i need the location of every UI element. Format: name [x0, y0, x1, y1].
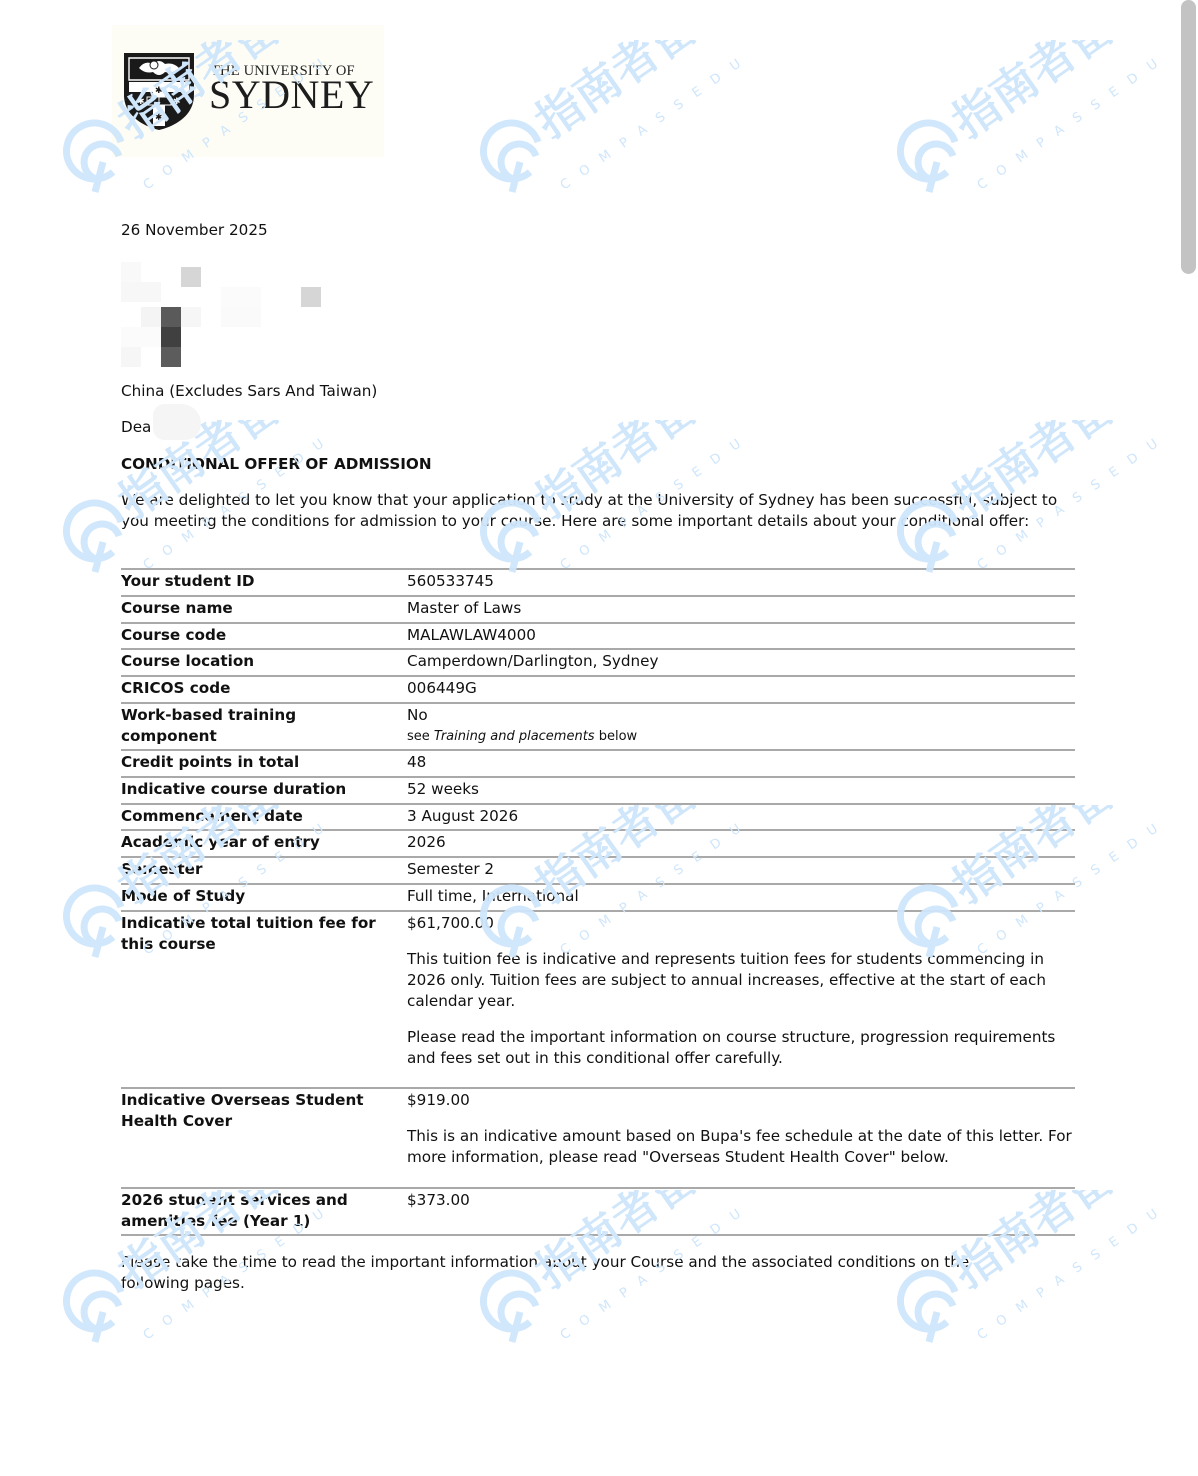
table-divider — [121, 595, 1075, 597]
row-label: CRICOS code — [121, 678, 396, 699]
table-divider — [121, 1087, 1075, 1089]
svg-text:COMPASSEDU: COMPASSEDU — [975, 49, 1173, 194]
university-crest-icon: ✱ ✱ ✱ ✱ — [121, 50, 197, 132]
row-label: Indicative total tuition fee for this co… — [121, 913, 396, 955]
salutation: Dea — [121, 417, 151, 437]
row-value: No — [407, 705, 1087, 726]
row-label: Mode of Study — [121, 886, 396, 907]
row-label: Credit points in total — [121, 752, 396, 773]
row-note: Please read the important information on… — [407, 1027, 1087, 1069]
row-label: Indicative Overseas Student Health Cover — [121, 1090, 396, 1132]
row-label: Course name — [121, 598, 396, 619]
table-divider — [121, 749, 1075, 751]
svg-text:✱: ✱ — [137, 97, 145, 107]
row-value: $919.00 — [407, 1090, 1087, 1111]
offer-title: CONDITIONAL OFFER OF ADMISSION — [121, 454, 432, 474]
address-country: China (Excludes Sars And Taiwan) — [121, 381, 377, 401]
row-value: Camperdown/Darlington, Sydney — [407, 651, 1087, 672]
table-divider — [121, 776, 1075, 778]
compass-logo-icon: 指南者留学COMPASSEDU — [889, 40, 1189, 240]
intro-paragraph: We are delighted to let you know that yo… — [121, 490, 1081, 532]
row-subnote: see Training and placements below — [407, 726, 1087, 747]
row-value: 560533745 — [407, 571, 1087, 592]
letter-date: 26 November 2025 — [121, 220, 268, 240]
svg-text:COMPASSEDU: COMPASSEDU — [558, 49, 756, 194]
row-label: Course location — [121, 651, 396, 672]
table-divider — [121, 702, 1075, 704]
table-divider — [121, 648, 1075, 650]
svg-text:指南者留学: 指南者留学 — [525, 40, 744, 149]
svg-text:✱: ✱ — [155, 113, 163, 123]
table-divider — [121, 829, 1075, 831]
compass-logo-icon: 指南者留学COMPASSEDU — [472, 40, 772, 240]
table-divider — [121, 803, 1075, 805]
row-value: $373.00 — [407, 1190, 1087, 1211]
table-divider — [121, 910, 1075, 912]
compassedu-watermark: 指南者留学COMPASSEDU — [472, 40, 772, 240]
svg-text:指南者留学: 指南者留学 — [942, 40, 1161, 149]
row-label: Course code — [121, 625, 396, 646]
compassedu-watermark: 指南者留学COMPASSEDU — [889, 40, 1189, 240]
row-label: Your student ID — [121, 571, 396, 592]
table-divider — [121, 883, 1075, 885]
logo-line2: SYDNEY — [209, 73, 374, 117]
redacted-address — [121, 262, 331, 372]
table-divider — [121, 622, 1075, 624]
row-value: Master of Laws — [407, 598, 1087, 619]
row-label: Semester — [121, 859, 396, 880]
row-value: Semester 2 — [407, 859, 1087, 880]
row-label: Work-based training component — [121, 705, 396, 747]
table-divider — [121, 856, 1075, 858]
row-value: 006449G — [407, 678, 1087, 699]
table-divider — [121, 675, 1075, 677]
row-value: 2026 — [407, 832, 1087, 853]
vertical-scrollbar[interactable] — [1181, 0, 1196, 274]
svg-text:✱: ✱ — [155, 86, 163, 96]
closing-paragraph: Please take the time to read the importa… — [121, 1252, 1021, 1294]
row-note: This tuition fee is indicative and repre… — [407, 949, 1087, 1011]
row-label: Academic year of entry — [121, 832, 396, 853]
redacted-name — [153, 404, 201, 440]
table-divider — [121, 568, 1075, 570]
row-value: $61,700.00 — [407, 913, 1087, 934]
row-label: Commencement date — [121, 806, 396, 827]
row-label: Indicative course duration — [121, 779, 396, 800]
row-note: This is an indicative amount based on Bu… — [407, 1126, 1087, 1168]
row-value: 52 weeks — [407, 779, 1087, 800]
svg-text:✱: ✱ — [173, 97, 181, 107]
row-value: 3 August 2026 — [407, 806, 1087, 827]
row-value: 48 — [407, 752, 1087, 773]
row-label: 2026 student services and amenities fee … — [121, 1190, 396, 1232]
table-divider — [121, 1187, 1075, 1189]
table-divider — [121, 1234, 1075, 1236]
row-value: Full time, International — [407, 886, 1087, 907]
row-value: MALAWLAW4000 — [407, 625, 1087, 646]
